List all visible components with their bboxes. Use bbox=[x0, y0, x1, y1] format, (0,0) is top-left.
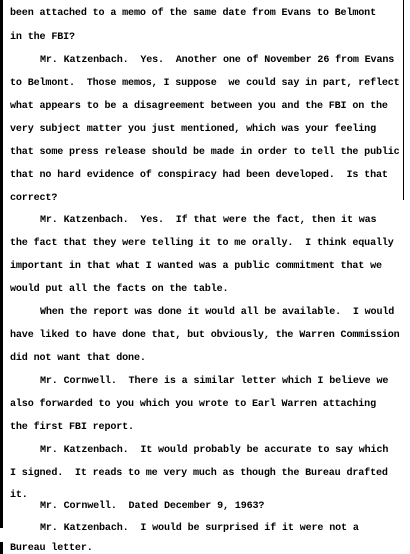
text-line: what appears to be a disagreement betwee… bbox=[10, 100, 388, 112]
text-line: Mr. Cornwell. There is a similar letter … bbox=[40, 375, 388, 387]
text-line: have liked to have done that, but obviou… bbox=[10, 329, 400, 341]
text-line: Mr. Katzenbach. Yes. Another one of Nove… bbox=[40, 54, 394, 66]
text-line: to Belmont. Those memos, I suppose we co… bbox=[10, 77, 400, 89]
text-line: When the report was done it would all be… bbox=[40, 306, 394, 318]
text-line: Mr. Cornwell. Dated December 9, 1963? bbox=[40, 500, 264, 512]
text-line: very subject matter you just mentioned, … bbox=[10, 123, 376, 135]
text-line: in the FBI? bbox=[10, 31, 75, 43]
text-line: it. bbox=[10, 489, 28, 501]
scan-left-edge bbox=[0, 0, 3, 554]
text-line: important in that what I wanted was a pu… bbox=[10, 260, 382, 272]
scan-left-edge-gap bbox=[0, 528, 3, 542]
text-line: Mr. Katzenbach. It would probably be acc… bbox=[40, 444, 388, 456]
text-line: Mr. Katzenbach. Yes. If that were the fa… bbox=[40, 214, 376, 226]
text-line: correct? bbox=[10, 192, 57, 204]
text-line: would put all the facts on the table. bbox=[10, 283, 228, 295]
text-line: the fact that they were telling it to me… bbox=[10, 237, 394, 249]
text-line: that some press release should be made i… bbox=[10, 146, 400, 158]
text-line: Mr. Katzenbach. I would be surprised if … bbox=[40, 522, 359, 534]
text-line: been attached to a memo of the same date… bbox=[10, 7, 376, 19]
text-line: Bureau letter. bbox=[10, 542, 93, 554]
text-line: also forwarded to you which you wrote to… bbox=[10, 398, 376, 410]
margin-rule bbox=[403, 0, 404, 200]
text-line: did not want that done. bbox=[10, 352, 146, 364]
text-line: that no hard evidence of conspiracy had … bbox=[10, 169, 388, 181]
text-line: the first FBI report. bbox=[10, 421, 134, 433]
text-line: I signed. It reads to me very much as th… bbox=[10, 467, 388, 479]
